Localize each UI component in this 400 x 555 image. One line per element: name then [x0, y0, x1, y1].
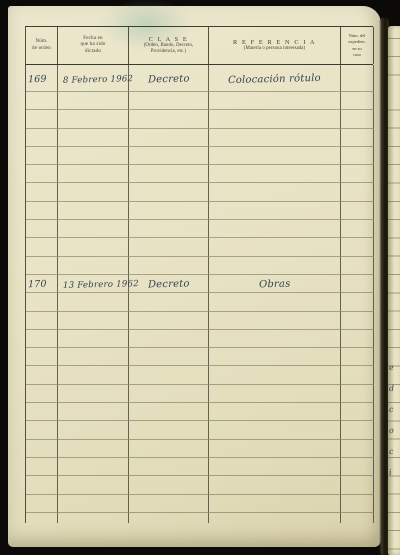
- header-title: R E F E R E N C I A: [233, 39, 316, 47]
- table-row: [25, 312, 373, 330]
- table-row: [25, 257, 373, 275]
- cell-referencia: [209, 312, 341, 330]
- header-referencia: R E F E R E N C I A (Materia o persona i…: [209, 27, 341, 64]
- cell-expediente: [341, 312, 374, 330]
- cell-referencia: [209, 458, 341, 476]
- cell-clase: [129, 220, 209, 238]
- cell-expediente: [341, 129, 374, 147]
- cell-expediente: [341, 220, 374, 238]
- table-row: [25, 440, 373, 458]
- table-row: 170 13 Febrero 1962 Decreto Obras: [25, 275, 373, 293]
- table-row: [25, 202, 373, 220]
- table-row: [25, 366, 373, 384]
- cell-referencia: Obras: [209, 275, 341, 293]
- cell-fecha: [58, 220, 129, 238]
- cell-num-orden: [26, 421, 58, 439]
- header-fecha: Fecha en que ha sido dictado: [58, 27, 129, 64]
- cell-num-orden: [26, 440, 58, 458]
- table-body: 169 8 Febrero 1962 Decreto Colocación ró…: [25, 65, 373, 513]
- cell-clase: [129, 129, 209, 147]
- cell-clase: [129, 366, 209, 384]
- next-page-edge: edcoci: [388, 26, 400, 555]
- cell-fecha: [58, 165, 129, 183]
- handwritten-entry: 169: [28, 74, 47, 85]
- cell-referencia: [209, 293, 341, 311]
- cell-num-orden: [26, 110, 58, 128]
- table-row: [25, 220, 373, 238]
- handwritten-entry: Decreto: [148, 279, 190, 291]
- cell-expediente: [341, 348, 374, 366]
- cell-fecha: [58, 238, 129, 256]
- cell-fecha: 8 Febrero 1962: [58, 65, 129, 92]
- table-row: [25, 495, 373, 513]
- cell-fecha: [58, 421, 129, 439]
- handwritten-entry: Colocación rótulo: [228, 73, 321, 86]
- cell-clase: [129, 495, 209, 513]
- cell-expediente: [341, 403, 374, 421]
- cell-fecha: [58, 458, 129, 476]
- cell-expediente: [341, 110, 374, 128]
- cell-referencia: [209, 238, 341, 256]
- cell-num-orden: [26, 147, 58, 165]
- cell-clase: [129, 147, 209, 165]
- edge-scribbles: edcoci: [389, 364, 394, 477]
- cell-num-orden: [26, 366, 58, 384]
- cell-fecha: [58, 385, 129, 403]
- cell-clase: [129, 92, 209, 110]
- ledger-table: Núm. de orden Fecha en que ha sido dicta…: [25, 26, 373, 523]
- cell-expediente: [341, 275, 374, 293]
- cell-clase: [129, 330, 209, 348]
- cell-referencia: [209, 92, 341, 110]
- cell-clase: [129, 257, 209, 275]
- edge-scribble-mark: i: [389, 469, 395, 477]
- cell-clase: [129, 312, 209, 330]
- cell-num-orden: [26, 348, 58, 366]
- cell-num-orden: [26, 165, 58, 183]
- cell-expediente: [341, 202, 374, 220]
- cell-num-orden: [26, 312, 58, 330]
- cell-fecha: 13 Febrero 1962: [58, 275, 129, 293]
- table-row: [25, 129, 373, 147]
- table-row: [25, 147, 373, 165]
- cell-expediente: [341, 330, 374, 348]
- cell-referencia: [209, 147, 341, 165]
- table-rule-stub: [25, 513, 373, 523]
- cell-expediente: [341, 147, 374, 165]
- cell-clase: [129, 202, 209, 220]
- cell-clase: [129, 421, 209, 439]
- cell-fecha: [58, 403, 129, 421]
- header-num-expediente: Núm. del expedien. en su caso: [341, 27, 374, 64]
- table-row: [25, 238, 373, 256]
- cell-num-orden: [26, 202, 58, 220]
- cell-num-orden: [26, 183, 58, 201]
- cell-fecha: [58, 183, 129, 201]
- table-row: [25, 403, 373, 421]
- edge-scribble-mark: d: [389, 385, 395, 393]
- table-row: [25, 165, 373, 183]
- cell-num-orden: [26, 458, 58, 476]
- cell-referencia: [209, 220, 341, 238]
- cell-expediente: [341, 65, 374, 92]
- cell-referencia: [209, 440, 341, 458]
- cell-clase: [129, 293, 209, 311]
- edge-scribble-mark: o: [389, 427, 395, 435]
- cell-expediente: [341, 495, 374, 513]
- cell-fecha: [58, 147, 129, 165]
- cell-num-orden: [26, 476, 58, 494]
- cell-referencia: [209, 421, 341, 439]
- cell-fecha: [58, 257, 129, 275]
- cell-expediente: [341, 366, 374, 384]
- cell-fecha: [58, 129, 129, 147]
- cell-fecha: [58, 366, 129, 384]
- cell-clase: [129, 183, 209, 201]
- header-num-orden: Núm. de orden: [26, 27, 58, 64]
- cell-num-orden: [26, 92, 58, 110]
- edge-scribble-mark: e: [389, 364, 395, 372]
- cell-clase: [129, 110, 209, 128]
- cell-fecha: [58, 312, 129, 330]
- cell-expediente: [341, 458, 374, 476]
- handwritten-entry: 13 Febrero 1962: [63, 279, 139, 291]
- cell-referencia: [209, 110, 341, 128]
- cell-num-orden: 170: [26, 275, 58, 293]
- edge-scribble-mark: c: [389, 448, 395, 456]
- cell-referencia: [209, 165, 341, 183]
- cell-clase: [129, 165, 209, 183]
- handwritten-entry: Obras: [259, 279, 291, 291]
- cell-expediente: [341, 385, 374, 403]
- cell-expediente: [341, 293, 374, 311]
- cell-fecha: [58, 92, 129, 110]
- table-row: [25, 110, 373, 128]
- cell-referencia: [209, 495, 341, 513]
- cell-num-orden: [26, 220, 58, 238]
- cell-fecha: [58, 330, 129, 348]
- cell-referencia: Colocación rótulo: [209, 65, 341, 92]
- cell-expediente: [341, 421, 374, 439]
- cell-referencia: [209, 330, 341, 348]
- table-row: [25, 183, 373, 201]
- header-text: dictado: [85, 49, 101, 55]
- edge-scribble-mark: c: [389, 406, 395, 414]
- cell-clase: [129, 458, 209, 476]
- table-row: [25, 348, 373, 366]
- cell-expediente: [341, 92, 374, 110]
- cell-clase: [129, 238, 209, 256]
- header-subtitle: Providencia, etc.): [151, 49, 187, 55]
- cell-clase: [129, 440, 209, 458]
- cell-referencia: [209, 476, 341, 494]
- table-row: [25, 293, 373, 311]
- cell-fecha: [58, 202, 129, 220]
- table-row: [25, 458, 373, 476]
- cell-num-orden: [26, 385, 58, 403]
- cell-expediente: [341, 257, 374, 275]
- table-row: [25, 421, 373, 439]
- cell-referencia: [209, 183, 341, 201]
- cell-num-orden: [26, 495, 58, 513]
- cell-expediente: [341, 183, 374, 201]
- header-clase: C L A S E (Orden, Bando, Decreto, Provid…: [129, 27, 209, 64]
- cell-fecha: [58, 476, 129, 494]
- table-row: 169 8 Febrero 1962 Decreto Colocación ró…: [25, 65, 373, 92]
- handwritten-entry: Decreto: [148, 73, 190, 85]
- cell-num-orden: [26, 257, 58, 275]
- cell-fecha: [58, 440, 129, 458]
- cell-referencia: [209, 202, 341, 220]
- cell-clase: Decreto: [129, 275, 209, 293]
- cell-num-orden: [26, 293, 58, 311]
- scanned-ledger-photo: { "colors":{ "background":"#0b0a08", "pa…: [0, 0, 400, 555]
- cell-clase: [129, 385, 209, 403]
- cell-num-orden: [26, 330, 58, 348]
- table-row: [25, 385, 373, 403]
- header-text: de orden: [32, 46, 51, 52]
- cell-num-orden: [26, 238, 58, 256]
- table-row: [25, 476, 373, 494]
- cell-referencia: [209, 348, 341, 366]
- cell-expediente: [341, 165, 374, 183]
- cell-clase: [129, 403, 209, 421]
- cell-fecha: [58, 495, 129, 513]
- table-header-row: Núm. de orden Fecha en que ha sido dicta…: [25, 27, 373, 65]
- cell-fecha: [58, 293, 129, 311]
- cell-referencia: [209, 403, 341, 421]
- header-text: caso: [353, 52, 361, 58]
- cell-expediente: [341, 440, 374, 458]
- cell-referencia: [209, 385, 341, 403]
- cell-expediente: [341, 238, 374, 256]
- header-subtitle: (Materia o persona interesada): [244, 46, 305, 52]
- cell-fecha: [58, 110, 129, 128]
- cell-num-orden: [26, 403, 58, 421]
- handwritten-entry: 8 Febrero 1962: [63, 74, 133, 86]
- cell-num-orden: 169: [26, 65, 58, 92]
- header-title: C L A S E: [149, 36, 189, 44]
- cell-referencia: [209, 257, 341, 275]
- table-row: [25, 92, 373, 110]
- cell-clase: [129, 348, 209, 366]
- cell-clase: [129, 476, 209, 494]
- table-row: [25, 330, 373, 348]
- ledger-page: Núm. de orden Fecha en que ha sido dicta…: [8, 6, 381, 547]
- cell-clase: Decreto: [129, 65, 209, 92]
- cell-fecha: [58, 348, 129, 366]
- cell-num-orden: [26, 129, 58, 147]
- cell-expediente: [341, 476, 374, 494]
- handwritten-entry: 170: [28, 279, 47, 290]
- cell-referencia: [209, 129, 341, 147]
- cell-referencia: [209, 366, 341, 384]
